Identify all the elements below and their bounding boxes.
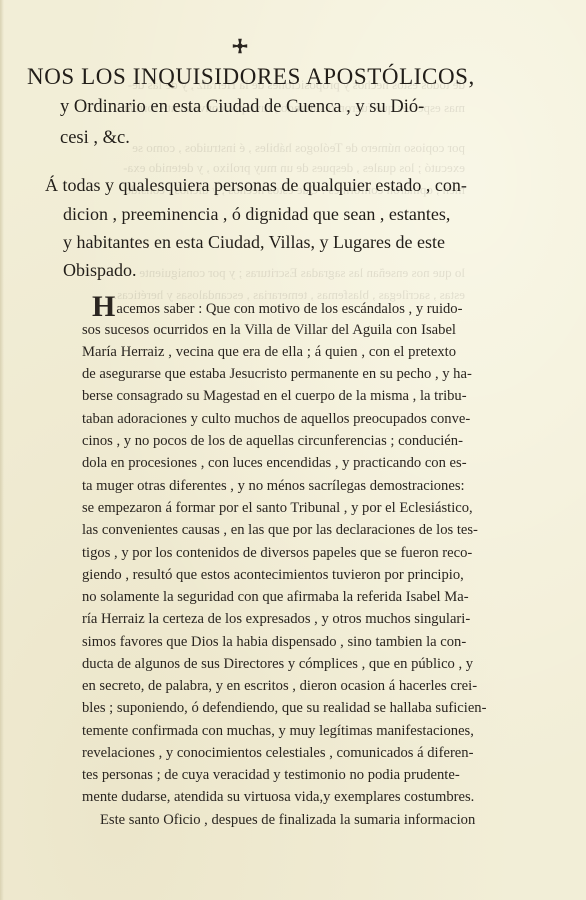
address-line: Á todas y qualesquiera personas de qualq… xyxy=(45,175,467,196)
body-line: giendo , resultó que estos acontecimient… xyxy=(82,567,456,584)
body-line: ducta de algunos de sus Directores y cóm… xyxy=(82,656,456,673)
body-line: tes personas ; de cuya veracidad y testi… xyxy=(82,767,456,784)
body-line: mente dudarse, atendida su virtuosa vida… xyxy=(82,789,456,806)
body-line: se empezaron á formar por el santo Tribu… xyxy=(82,500,456,517)
subtitle-line: cesi , &c. xyxy=(60,128,130,149)
body-line: sos sucesos ocurridos en la Villa de Vil… xyxy=(82,322,456,339)
body-line: revelaciones , y conocimientos celestial… xyxy=(82,745,456,762)
body-line: Hacemos saber : Que con motivo de los es… xyxy=(92,300,456,318)
body-line: simos favores que Dios la habia dispensa… xyxy=(82,634,456,651)
body-line: taban adoraciones y culto muchos de aque… xyxy=(82,411,456,428)
document-page: de todos estos hechos y proposiciones de… xyxy=(0,0,586,900)
drop-cap: H xyxy=(92,290,115,323)
body-line: de asegurarse que estaba Jesucristo perm… xyxy=(82,366,456,383)
body-line: tigos , y por los contenidos de diversos… xyxy=(82,545,456,562)
bleed-through-line: executó ; los quales , despues de un muy… xyxy=(123,160,465,176)
body-line: ta muger otras diferentes , y no ménos s… xyxy=(82,478,456,495)
body-line: no solamente la seguridad con que afirma… xyxy=(82,589,456,606)
address-line: Obispado. xyxy=(63,260,137,281)
address-line: dicion , preeminencia , ó dignidad que s… xyxy=(63,204,450,225)
body-line: bles ; suponiendo, ó defendiendo, que su… xyxy=(82,700,456,717)
body-line: cinos , y no pocos de los de aquellas ci… xyxy=(82,433,456,450)
body-line: María Herraiz , vecina que era de ella ;… xyxy=(82,344,456,361)
body-text: acemos saber : Que con motivo de los esc… xyxy=(116,301,462,317)
page-title: NOS LOS INQUISIDORES APOSTÓLICOS, xyxy=(27,64,475,90)
continuation-line: Este santo Oficio , despues de finalizad… xyxy=(100,812,456,829)
body-line: temente confirmada con muchas, y muy leg… xyxy=(82,723,456,740)
bleed-through-line: lo que nos enseñan las sagradas Escritur… xyxy=(139,265,465,281)
subtitle-line: y Ordinario en esta Ciudad de Cuenca , y… xyxy=(60,97,424,118)
page-edge-shadow xyxy=(0,0,4,900)
cross-pattee-icon xyxy=(231,37,249,55)
body-line: dola en procesiones , con luces encendid… xyxy=(82,455,456,472)
body-line: en secreto, de palabra, y en escritos , … xyxy=(82,678,456,695)
body-line: ría Herraiz la certeza de los expresados… xyxy=(82,611,456,628)
body-line: las convenientes causas , en las que por… xyxy=(82,522,456,539)
bleed-through-line: por copioso número de Teólogos hábiles ,… xyxy=(132,140,465,156)
address-line: y habitantes en esta Ciudad, Villas, y L… xyxy=(63,232,445,253)
body-line: berse consagrado su Magestad en el cuerp… xyxy=(82,388,456,405)
